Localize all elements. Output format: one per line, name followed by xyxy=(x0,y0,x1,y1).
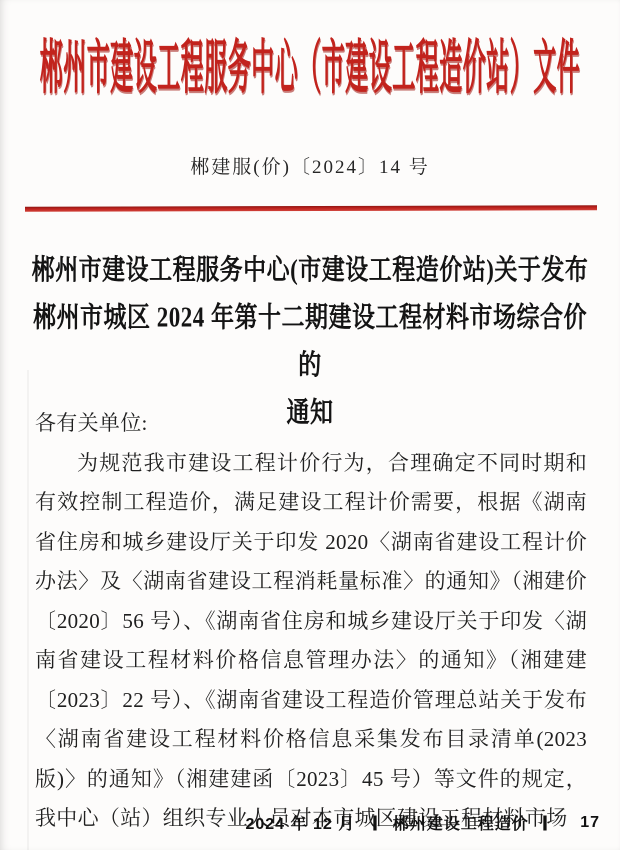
document-page: 郴州市建设工程服务中心（市建设工程造价站）文件 郴建服(价)〔2024〕14 号… xyxy=(0,0,620,850)
footer-date: 2024 年 12 月 xyxy=(245,811,355,834)
letterhead-red-rule xyxy=(25,205,597,211)
notice-title-line-2: 郴州市城区 2024 年第十二期建设工程材料市场综合价的 xyxy=(30,294,590,389)
letterhead-org-title: 郴州市建设工程服务中心（市建设工程造价站）文件 xyxy=(0,21,620,105)
footer-publication-name: 郴州建设工程造价 xyxy=(393,811,529,834)
footer-separator-1: | xyxy=(372,814,381,832)
notice-title-line-1: 郴州市建设工程服务中心(市建设工程造价站)关于发布 xyxy=(30,246,590,294)
footer-page-number: 17 xyxy=(580,814,600,832)
page-footer: 2024 年 12 月 | 郴州建设工程造价 | 17 xyxy=(245,811,600,834)
salutation: 各有关单位: xyxy=(35,404,587,444)
scan-artifact-line xyxy=(27,370,29,850)
body-paragraph: 为规范我市建设工程计价行为，合理确定不同时期和有效控制工程造价，满足建设工程计价… xyxy=(35,444,587,839)
document-number: 郴建服(价)〔2024〕14 号 xyxy=(0,152,620,179)
document-body: 各有关单位: 为规范我市建设工程计价行为，合理确定不同时期和有效控制工程造价，满… xyxy=(35,404,587,839)
footer-separator-2: | xyxy=(541,814,550,832)
